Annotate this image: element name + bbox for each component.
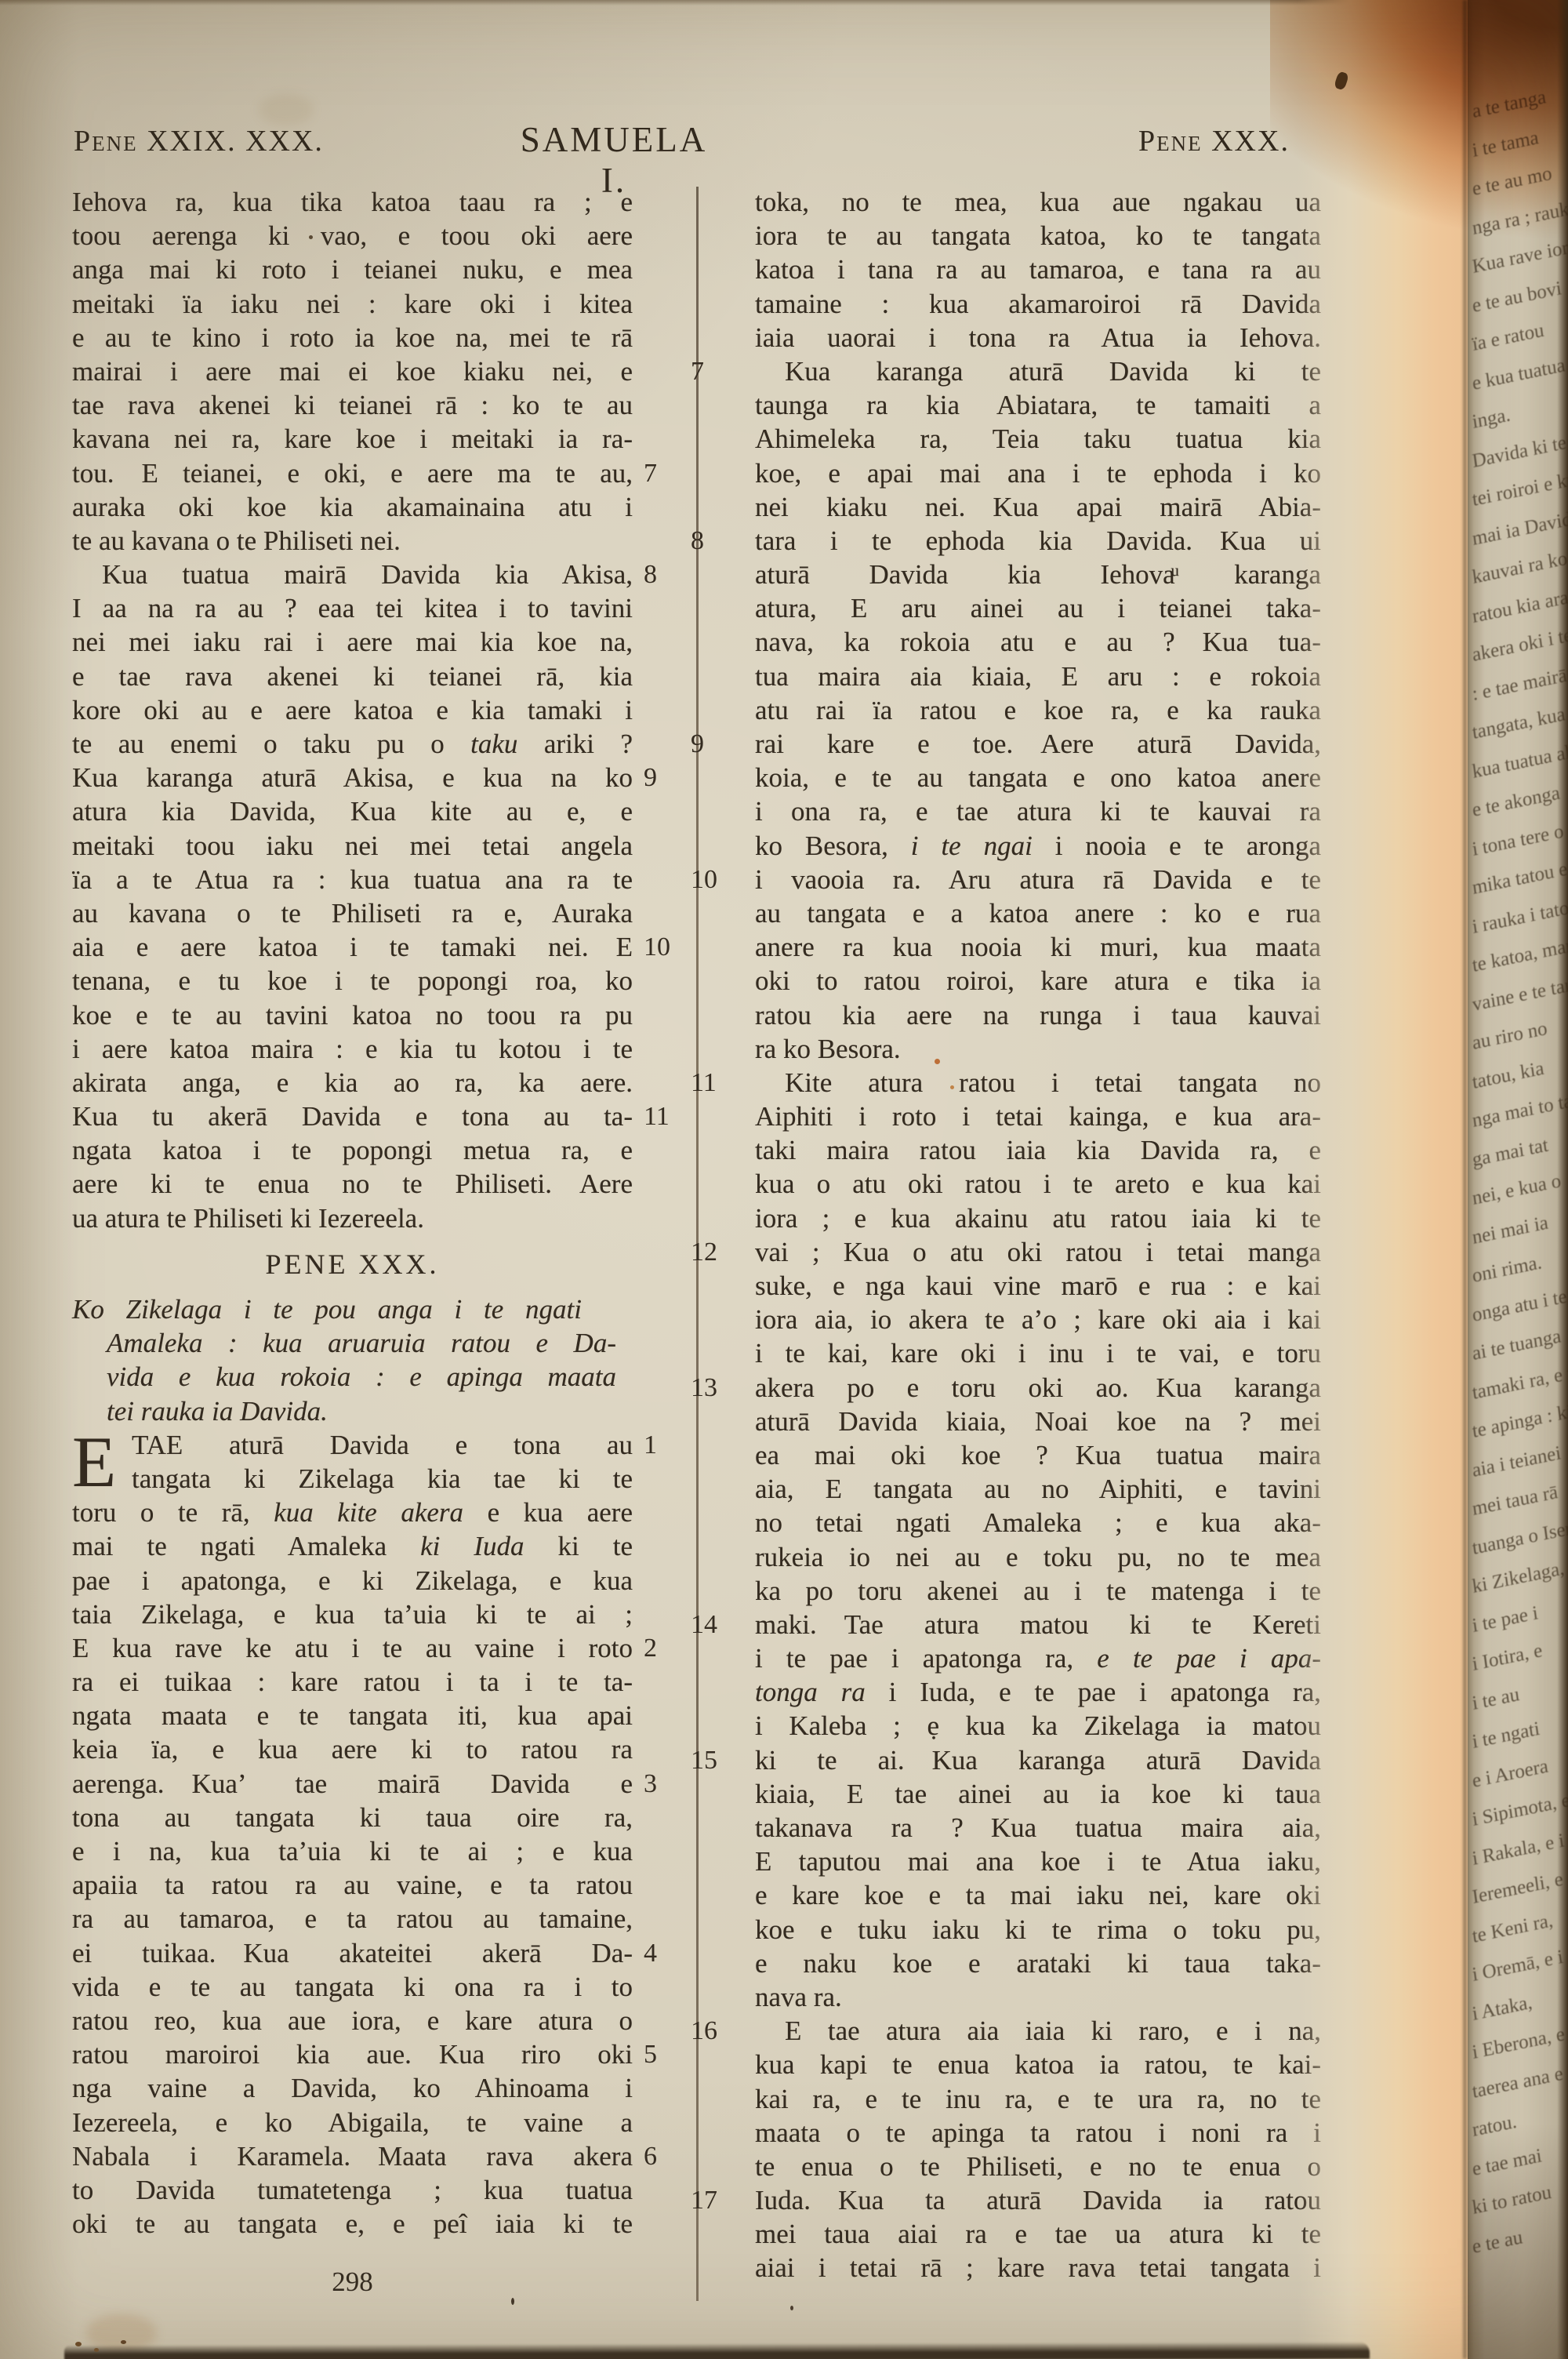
text-line: ka po toru akenei au i te matenga i te (755, 1574, 1321, 1608)
page-crease (1463, 0, 1467, 2359)
edge-text-line: : e tae mairā D (1470, 625, 1568, 714)
text-line: maata o te apinga ta ratou i noni ra i (755, 2116, 1321, 2150)
paper-speck (121, 2340, 126, 2344)
edge-text-line: i Sipimota, e i (1470, 1750, 1568, 1839)
text-line: iora te au tangata katoa, ko te tangata (755, 219, 1321, 253)
text-line: kiaia, E tae ainei au ia koe ki taua (755, 1777, 1321, 1811)
text-line: Amaleka : kua aruaruia ratou e Da- (72, 1326, 616, 1360)
text-line: iaia uaorai i tona ra Atua ia Iehova. (755, 321, 1321, 354)
edge-text-line: ratou. (1470, 2061, 1568, 2150)
text-line: oki te au tangata e, e peî iaia ki te (72, 2207, 633, 2241)
text-line: tenana, e tu koe i te popongi roa, ko (72, 964, 633, 998)
text-line: i aere katoa maira : e kia tu kotou i te (72, 1032, 633, 1066)
text-line: nga vaine a Davida, ko Ahinoama i (72, 2071, 633, 2105)
text-line: aia, E tangata au no Aiphiti, e tavini (755, 1472, 1321, 1506)
text-line: no tetai ngati Amaleka ; e kua aka- (755, 1506, 1321, 1539)
text-line: rai kare e toe. Aere aturā Davida,9 (755, 727, 1321, 761)
text-line: akirata anga, e kia ao ra, ka aere. (72, 1066, 633, 1100)
text-line: Kua karanga aturā Davida ki te7 (755, 354, 1321, 388)
edge-text-line: te katoa, mari ra (1470, 896, 1568, 985)
text-line: ra ei tuikaa : kare ratou i ta i te ta- (72, 1665, 633, 1699)
edge-text-line: Davida ki te au (1470, 392, 1568, 481)
verse-number: 11 (691, 1066, 746, 1100)
text-line: Kua tu akerā Davida e tona au ta-11 (72, 1100, 633, 1133)
verse-number: 17 (691, 2183, 746, 2217)
edge-text-line: ratou kia ara (1470, 547, 1568, 636)
verse-number: 16 (691, 2014, 746, 2048)
text-line: toou aerenga ki vao, e toou oki aere (72, 219, 633, 253)
text-line: maki. Tae atura matou ki te Kereti14 (755, 1608, 1321, 1641)
text-line: kai ra, e te inu ra, e te ura ra, no te (755, 2082, 1321, 2116)
paper-speck (94, 2348, 99, 2352)
text-line: aturā Davida kiaia, Noai koe na ? mei (755, 1405, 1321, 1438)
edge-text-line: tamaki ra, e te (1470, 1324, 1568, 1412)
edge-text-line: aia i teianei (1470, 1401, 1568, 1490)
text-line: koe e tuku iaku ki te rima o toku pu, (755, 1913, 1321, 1946)
verse-number: 12 (691, 1235, 746, 1269)
edge-text-line: i Ataka, (1470, 1945, 1568, 2034)
text-line: toka, no te mea, kua aue ngakau ua (755, 185, 1321, 219)
text-line: Kua tuatua mairā Davida kia Akisa,8 (72, 558, 633, 591)
edge-text-line: oni rima. (1470, 1207, 1568, 1296)
text-line: anere ra kua nooia ki muri, kua maata (755, 930, 1321, 964)
edge-text-line: i tona tere o (1470, 780, 1568, 869)
text-line: katoa i tana ra au tamaroa, e tana ra au (755, 253, 1321, 286)
edge-text-line: e tae mai (1470, 2100, 1568, 2189)
edge-text-line: taerea ana e (1470, 2023, 1568, 2111)
paper-speck (1116, 503, 1120, 507)
edge-text-line: i te tama (1470, 82, 1568, 170)
paper-speck (935, 1059, 940, 1064)
edge-text-line: ai te tuanga (1470, 1285, 1568, 1373)
text-line: pae i apatonga, e ki Zikelaga, e kua (72, 1564, 633, 1598)
paper-speck (75, 2342, 82, 2346)
text-line: aia e aere katoa i te tamaki nei. E10 (72, 930, 633, 964)
edge-text-line: e te au (1470, 2178, 1568, 2266)
text-line: ea mai oki koe ? Kua tuatua maira (755, 1438, 1321, 1472)
text-line: te au kavana o te Philiseti nei. (72, 524, 633, 558)
text-line: ra au tamaroa, e ta ratou au tamaine, (72, 1902, 633, 1936)
edge-text-line: nei mai ia (1470, 1169, 1568, 1257)
text-line: oki to ratou roiroi, kare atura e tika i… (755, 964, 1321, 998)
text-line: nava, ka rokoia atu e au ? Kua tua- (755, 625, 1321, 659)
paper-speck (511, 2298, 514, 2305)
text-line: atura kia Davida, Kua kite au e, e (72, 794, 633, 828)
book-photo: { "page": { "book_title": "SAMUELA I.", … (0, 0, 1568, 2359)
text-line: ratou reo, kua aue iora, e kare atura o (72, 2004, 633, 2037)
edge-text-line: nei, e kua o (1470, 1129, 1568, 1218)
text-line: ua atura te Philiseti ki Iezereela. (72, 1201, 633, 1235)
text-line: i Kaleba ; ẹ kua ka Zikelaga ia matou (755, 1709, 1321, 1743)
edge-text-line: mei taua rā (1470, 1440, 1568, 1528)
edge-text-line: i Oremā, e i (1470, 1906, 1568, 1994)
paper-speck (790, 2306, 793, 2310)
text-line: kua kapi te enua katoa ia ratou, te kai- (755, 2048, 1321, 2081)
text-line: meitaki ïa iaku nei : kare oki i kitea (72, 287, 633, 321)
text-line: tonga ra i Iuda, e te pae i apatonga ra, (755, 1675, 1321, 1709)
text-line: e tae rava akenei ki teianei rā, kia (72, 660, 633, 693)
edge-text-line: tatou, kia (1470, 1013, 1568, 1102)
edge-text-line: e te akonga (1470, 741, 1568, 830)
text-line: TAE aturā Davida e tona au1E (72, 1428, 633, 1462)
edge-text-line: e kua tuatua ak (1470, 314, 1568, 403)
adjacent-page-edge: a te tangai te tamae te au monga ra ; ra… (1468, 0, 1568, 2359)
text-line: mairai i aere mai ei koe kiaku nei, e (72, 354, 633, 388)
text-line: anga mai ki roto i teianei nuku, e mea (72, 253, 633, 286)
text-line: ko Besora, i te ngai i nooia e te aronga (755, 829, 1321, 863)
text-line: iora ; e kua akainu atu ratou iaia ki te (755, 1201, 1321, 1235)
text-line: Kua karanga aturā Akisa, e kua na ko9 (72, 761, 633, 794)
text-line: tona au tangata ki taua oire ra, (72, 1801, 633, 1834)
edge-text-line: i Eberona, e i (1470, 1983, 1568, 2072)
text-line: e naku koe e arataki ki taua taka- (755, 1946, 1321, 1980)
text-line: ratou maroiroi kia aue. Kua riro oki5 (72, 2037, 633, 2071)
left-column: Iehova ra, kua tika katoa taau ra ; etoo… (72, 185, 633, 2241)
text-line: Ko Zikelaga i te pou anga i te ngati (72, 1292, 582, 1326)
text-line: au kavana o te Philiseti ra e, Auraka (72, 896, 633, 930)
edge-text-line: tuanga o Iseraela. (1470, 1479, 1568, 1568)
edge-text-line: i Iotira, e (1470, 1595, 1568, 1684)
verse-number: 15 (691, 1743, 746, 1777)
edge-text-line: i te pae i (1470, 1557, 1568, 1645)
text-line: nei kiaku nei. Kua apai mairā Abia- (755, 490, 1321, 524)
text-line: ngata maata e te tangata iti, kua apai (72, 1699, 633, 1732)
verse-number: 14 (691, 1608, 746, 1641)
text-line: vida e kua rokoia : e apinga maata (72, 1360, 616, 1394)
text-line: tei rauka ia Davida. (72, 1394, 616, 1428)
edge-text-line: i te ngati (1470, 1673, 1568, 1761)
edge-text-line: mai ia Davida, (1470, 470, 1568, 558)
text-line: tara i te ephoda kia Davida. Kua ui8 (755, 524, 1321, 558)
text-line: kua o atu oki ratou i te areto e kua kai (755, 1167, 1321, 1201)
text-line: E tae atura aia iaia ki raro, e i na,16 (755, 2014, 1321, 2048)
edge-text-line: ga mai tat (1470, 1091, 1568, 1179)
book-cover-edge (1557, 0, 1568, 2359)
text-line: vai ; Kua o atu oki ratou i tetai manga1… (755, 1235, 1321, 1269)
text-line: ra ko Besora. (755, 1032, 1321, 1066)
running-head-right: Pene XXX. (1138, 124, 1290, 158)
text-line: e au te kino i roto ia koe na, mei te rā (72, 321, 633, 354)
edge-text-line: Kua rave iorā (1470, 198, 1568, 286)
text-line: i te kai, kare oki i inu i te vai, e tor… (755, 1336, 1321, 1370)
text-line: tae rava akenei ki teianei rā : ko te au (72, 388, 633, 422)
verse-number: 9 (691, 727, 746, 761)
text-line: te enua o te Philiseti, e no te enua o (755, 2150, 1321, 2183)
edge-text-line: ki to ratou (1470, 2139, 1568, 2227)
text-line: koia, e te au tangata e ono katoa anere (755, 761, 1321, 794)
text-line: vida e te au tangata ki ona ra i to (72, 1970, 633, 2004)
text-line: kore oki au e aere katoa e kia tamaki i (72, 693, 633, 727)
text-line: E kua rave ke atu i te au vaine i roto2 (72, 1631, 633, 1665)
text-line: Iehova ra, kua tika katoa taau ra ; e (72, 185, 633, 219)
text-line: atura, E aru ainei au i teianei taka- (755, 591, 1321, 625)
text-line: te au enemi o taku pu o taku ariki ? (72, 727, 633, 761)
edge-text-line: mika tatou e a (1470, 819, 1568, 907)
text-line: au tangata e a katoa anere : ko e rua (755, 896, 1321, 930)
edge-text-line: i Rakala, e i (1470, 1790, 1568, 1878)
text-line: koe e te au tavini katoa no toou ra pu (72, 998, 633, 1032)
text-line: meitaki toou iaku nei mei tetai angela (72, 829, 633, 863)
text-line: apaiia ta ratou ra au vaine, e ta ratou (72, 1868, 633, 1902)
paper-speck (309, 235, 313, 239)
verse-number: 8 (691, 524, 746, 558)
edge-text-line: akera oki i te (1470, 586, 1568, 674)
text-line: ngata katoa i te popongi metua ra, e (72, 1133, 633, 1167)
text-line: Iezereela, e ko Abigaila, te vaine a (72, 2106, 633, 2139)
text-line: rukeia io nei au e toku pu, no te mea (755, 1540, 1321, 1574)
text-line: kavana nei ra, kare koe i meitaki ia ra- (72, 422, 633, 456)
edge-text-line: nga mai to tae (1470, 1052, 1568, 1140)
text-line: E taputou mai ana koe i te Atua iaku, (755, 1845, 1321, 1878)
edge-text-line: vaine e te tamarii (1470, 936, 1568, 1024)
edge-text-line: inga. (1470, 353, 1568, 442)
text-line: tamaine : kua akamaroiroi rā Davida (755, 287, 1321, 321)
text-line: taunga ra kia Abiatara, te tamaiti a (755, 388, 1321, 422)
text-line: koe, e apai mai ana i te ephoda i ko (755, 456, 1321, 490)
edge-text-line: ki Zikelaga, (1470, 1518, 1568, 1606)
edge-text-line: e i Aroera (1470, 1712, 1568, 1801)
edge-text-line: te Keni ra, (1470, 1867, 1568, 1956)
edge-text-line: ïa e ratou (1470, 275, 1568, 364)
text-line: aerenga. Kua’ tae mairā Davida e3 (72, 1767, 633, 1801)
running-head-left: Pene XXIX. XXX. (74, 124, 324, 158)
edge-text-line: kua tuatua akera (1470, 703, 1568, 791)
page-fold-gradient (1298, 0, 1470, 2359)
text-line: taia Zikelaga, e kua ta’uia ki te ai ; (72, 1598, 633, 1631)
bottom-shadow-band (64, 2342, 1370, 2359)
edge-text-line: kauvai ra ko (1470, 508, 1568, 597)
text-line: i te pae i apatonga ra, e te pae i apa- (755, 1641, 1321, 1675)
text-line: nava ra. (755, 1980, 1321, 2014)
text-line: ki te ai. Kua karanga aturā Davida15 (755, 1743, 1321, 1777)
text-line: nei mei iaku rai i aere mai kia koe na, (72, 625, 633, 659)
text-line: takanava ra ? Kua tuatua maira aia, (755, 1811, 1321, 1845)
text-line: Kite atura ratou i tetai tangata no11 (755, 1066, 1321, 1100)
text-line: to Davida tumatetenga ; kua tuatua (72, 2173, 633, 2207)
page-number: 298 (72, 2266, 633, 2298)
text-line: taki maira ratou iaia kia Davida ra, e (755, 1133, 1321, 1167)
edge-text-line: onga atu i te (1470, 1246, 1568, 1335)
paper-speck (950, 1085, 954, 1089)
paper-stain (259, 94, 314, 125)
text-line: toru o te rā, kua kite akera e kua aere (72, 1496, 633, 1529)
text-line: akera po e toru oki ao. Kua karanga13 (755, 1371, 1321, 1405)
chapter-heading: PENE XXX. (72, 1248, 633, 1281)
text-line: mei taua aiai ra e tae ua atura ki te (755, 2217, 1321, 2251)
text-line: e i na, kua ta’uia ki te ai ; e kua (72, 1834, 633, 1868)
text-line: e kare koe e ta mai iaku nei, kare oki (755, 1878, 1321, 1912)
text-line: atu rai ïa ratou e koe ra, e ka rauka (755, 693, 1321, 727)
adjacent-page-text: a te tangai te tamae te au monga ra ; ra… (1472, 93, 1568, 2266)
edge-text-line: i rauka i tato (1470, 858, 1568, 947)
text-line: i ona ra, e tae atura ki te kauvai ra (755, 794, 1321, 828)
verse-number: 13 (691, 1371, 746, 1405)
text-line: aere ki te enua no te Philiseti. Aere (72, 1167, 633, 1201)
text-line: auraka oki koe kia akamainaina atu i (72, 490, 633, 524)
text-line: tua maira aia kiaia, E aru : e rokoia (755, 660, 1321, 693)
text-line: Nabala i Karamela. Maata rava akera6 (72, 2139, 633, 2173)
edge-text-line: tangata, kua aro (1470, 663, 1568, 752)
text-line: keia ïa, e kua aere ki to ratou ra (72, 1732, 633, 1766)
verse-number: 10 (691, 863, 746, 896)
edge-text-line: e te au bovi (1470, 237, 1568, 325)
text-line: iora aia, io akera te a’o ; kare oki aia… (755, 1303, 1321, 1336)
edge-text-line: a te tanga (1470, 42, 1568, 131)
text-line: tangata ki Zikelaga kia tae ki te (72, 1462, 633, 1496)
text-line: tou. E teianei, e oki, e aere ma te au,7 (72, 456, 633, 490)
text-line: Ahimeleka ra, Teia taku tuatua kia (755, 422, 1321, 456)
text-line: Aiphiti i roto i tetai kainga, e kua ara… (755, 1100, 1321, 1133)
text-line: ïa a te Atua ra : kua tuatua ana ra te (72, 863, 633, 896)
text-line: ei tuikaa. Kua akateitei akerā Da-4 (72, 1936, 633, 1970)
edge-text-line: nga ra ; rauk (1470, 159, 1568, 248)
text-line: mai te ngati Amaleka ki Iuda ki te (72, 1529, 633, 1563)
edge-text-line: Ieremeeli, e i (1470, 1828, 1568, 1917)
right-column: toka, no te mea, kua aue ngakau uaiora t… (755, 185, 1321, 2285)
edge-text-line: i te au (1470, 1634, 1568, 1723)
text-line: I aa na ra au ? eaa tei kitea i to tavin… (72, 591, 633, 625)
text-line: Iuda. Kua ta aturā Davida ia ratou17 (755, 2183, 1321, 2217)
text-line: i vaooia ra. Aru atura rā Davida e te10 (755, 863, 1321, 896)
verse-number: 7 (691, 354, 746, 388)
edge-text-line: au riro no (1470, 974, 1568, 1063)
text-line: aiai i tetai rā ; kare rava tetai tangat… (755, 2251, 1321, 2284)
edge-text-line: e te au mo (1470, 120, 1568, 209)
edge-text-line: te apinga : kia o (1470, 1362, 1568, 1451)
text-line: aturā Davida kia Iehovaͧ karanga (755, 558, 1321, 591)
edge-text-line: tei roiroi e ku (1470, 431, 1568, 519)
text-line: suke, e nga kaui vine marō e rua : e kai (755, 1269, 1321, 1303)
text-line: ratou kia aere na runga i taua kauvai (755, 998, 1321, 1032)
